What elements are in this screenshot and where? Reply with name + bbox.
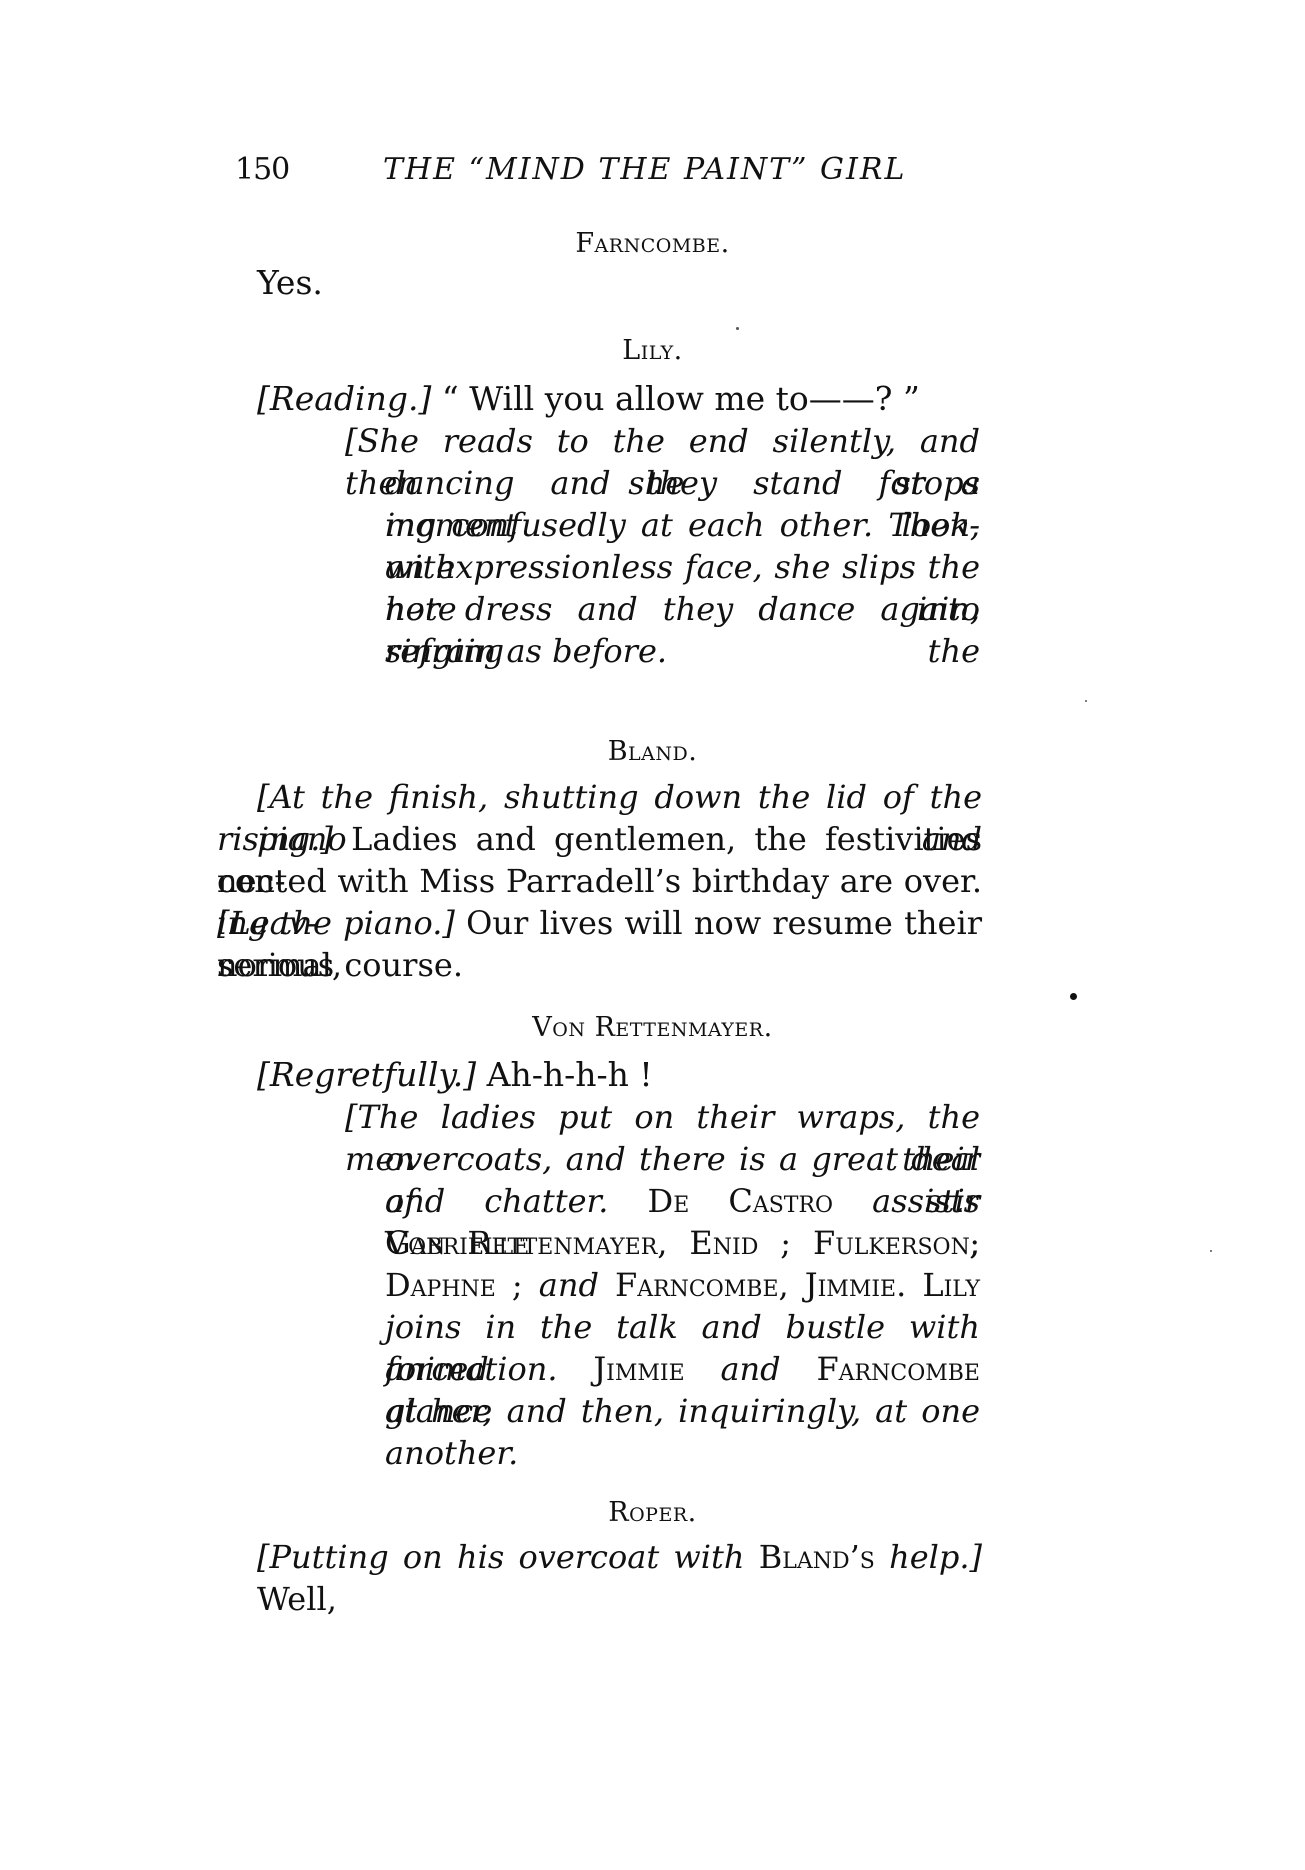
- stage-direction-line: Daphne ; and Farncombe, Jimmie. Lily: [385, 1264, 980, 1306]
- book-page: 150 THE “MIND THE PAINT” GIRL Farncombe.…: [0, 0, 1305, 1870]
- character-name: Bland’s: [759, 1538, 875, 1576]
- stage-direction-inline: ing the piano.]: [217, 904, 455, 942]
- stage-direction-line: [The ladies put on their wraps, the men …: [345, 1096, 980, 1138]
- stage-direction-line: overcoats, and there is a great deal of …: [385, 1138, 980, 1180]
- stage-direction-line: her dress and they dance again, singing …: [385, 588, 980, 630]
- dialogue-text: Well,: [257, 1580, 337, 1618]
- character-name: Jimmie: [593, 1350, 684, 1388]
- speech-block: [At the finish, shutting down the lid of…: [217, 776, 982, 986]
- speech-line: rising.] Ladies and gentlemen, the festi…: [217, 818, 982, 860]
- page-number: 150: [235, 152, 289, 187]
- stage-direction-line: ing confusedly at each other. Then, with: [385, 504, 980, 546]
- stage-direction-block: dancing and they stand for a moment look…: [385, 462, 980, 672]
- speaker-farncombe: Farncombe.: [0, 228, 1305, 259]
- stage-direction-line: joins in the talk and bustle with forced: [385, 1306, 980, 1348]
- stage-direction-block: [She reads to the end silently, and then…: [345, 420, 980, 462]
- character-name: Daphne ;: [385, 1266, 539, 1304]
- scan-speck: [1210, 1250, 1212, 1252]
- running-title: THE “MIND THE PAINT” GIRL: [383, 152, 906, 187]
- character-name: Farncombe, Jimmie.: [599, 1266, 922, 1304]
- dialogue-line: [Regretfully.] Ah-h-h-h !: [257, 1054, 653, 1096]
- stage-direction-block: [The ladies put on their wraps, the men …: [345, 1096, 980, 1138]
- stage-direction-line: dancing and they stand for a moment look…: [385, 462, 980, 504]
- stage-direction-inline: rising.]: [217, 820, 333, 858]
- stage-direction-inline: [Putting on his overcoat with: [257, 1538, 759, 1576]
- text: and chatter.: [385, 1182, 648, 1220]
- dialogue-line: [Reading.] “ Will you allow me to——? ”: [257, 378, 920, 420]
- scan-speck: [1085, 700, 1087, 702]
- text: assists: [833, 1182, 980, 1220]
- speaker-roper: Roper.: [0, 1497, 1305, 1528]
- text: and: [685, 1350, 817, 1388]
- speech-line: ing the piano.] Our lives will now resum…: [217, 902, 982, 944]
- speech-line: serious course.: [217, 944, 982, 986]
- dialogue-text: Ah-h-h-h !: [476, 1055, 653, 1094]
- character-name: Lily: [922, 1266, 980, 1304]
- speaker-von-rettenmayer: Von Rettenmayer.: [0, 1012, 1305, 1043]
- scan-speck: [1070, 993, 1077, 1000]
- scan-speck: [736, 327, 739, 330]
- dialogue-line: Yes.: [257, 262, 323, 304]
- stage-direction-inline: [Reading.]: [257, 379, 431, 418]
- text: animation.: [385, 1350, 593, 1388]
- character-name: Farncombe: [816, 1350, 980, 1388]
- speaker-bland: Bland.: [0, 736, 1305, 767]
- dialogue-text: “ Will you allow me to——? ”: [431, 379, 919, 418]
- stage-direction-line: animation. Jimmie and Farncombe glance: [385, 1348, 980, 1390]
- stage-direction-line: [She reads to the end silently, and then…: [345, 420, 980, 462]
- stage-direction-inline: [Regretfully.]: [257, 1055, 476, 1094]
- speech-line: [At the finish, shutting down the lid of…: [217, 776, 982, 818]
- dialogue-text: nected with Miss Parradell’s birthday ar…: [217, 862, 982, 900]
- text: and: [539, 1266, 599, 1304]
- speech-line: nected with Miss Parradell’s birthday ar…: [217, 860, 982, 902]
- stage-direction-line: another.: [385, 1432, 980, 1474]
- stage-direction-line: Von Rettenmayer, Enid ; Fulkerson,: [385, 1222, 980, 1264]
- stage-direction-block: overcoats, and there is a great deal of …: [385, 1138, 980, 1474]
- stage-direction-line: an expressionless face, she slips the no…: [385, 546, 980, 588]
- stage-direction-line: and chatter. De Castro assists Gabrielle…: [385, 1180, 980, 1222]
- speech-line: [Putting on his overcoat with Bland’s he…: [257, 1536, 982, 1578]
- speaker-lily: Lily.: [0, 335, 1305, 366]
- stage-direction-line: at her, and then, inquiringly, at one: [385, 1390, 980, 1432]
- stage-direction-inline: help.]: [875, 1538, 982, 1576]
- character-name: De Castro: [648, 1182, 834, 1220]
- speech-block: [Putting on his overcoat with Bland’s he…: [257, 1536, 982, 1578]
- running-head: 150 THE “MIND THE PAINT” GIRL: [235, 152, 1025, 192]
